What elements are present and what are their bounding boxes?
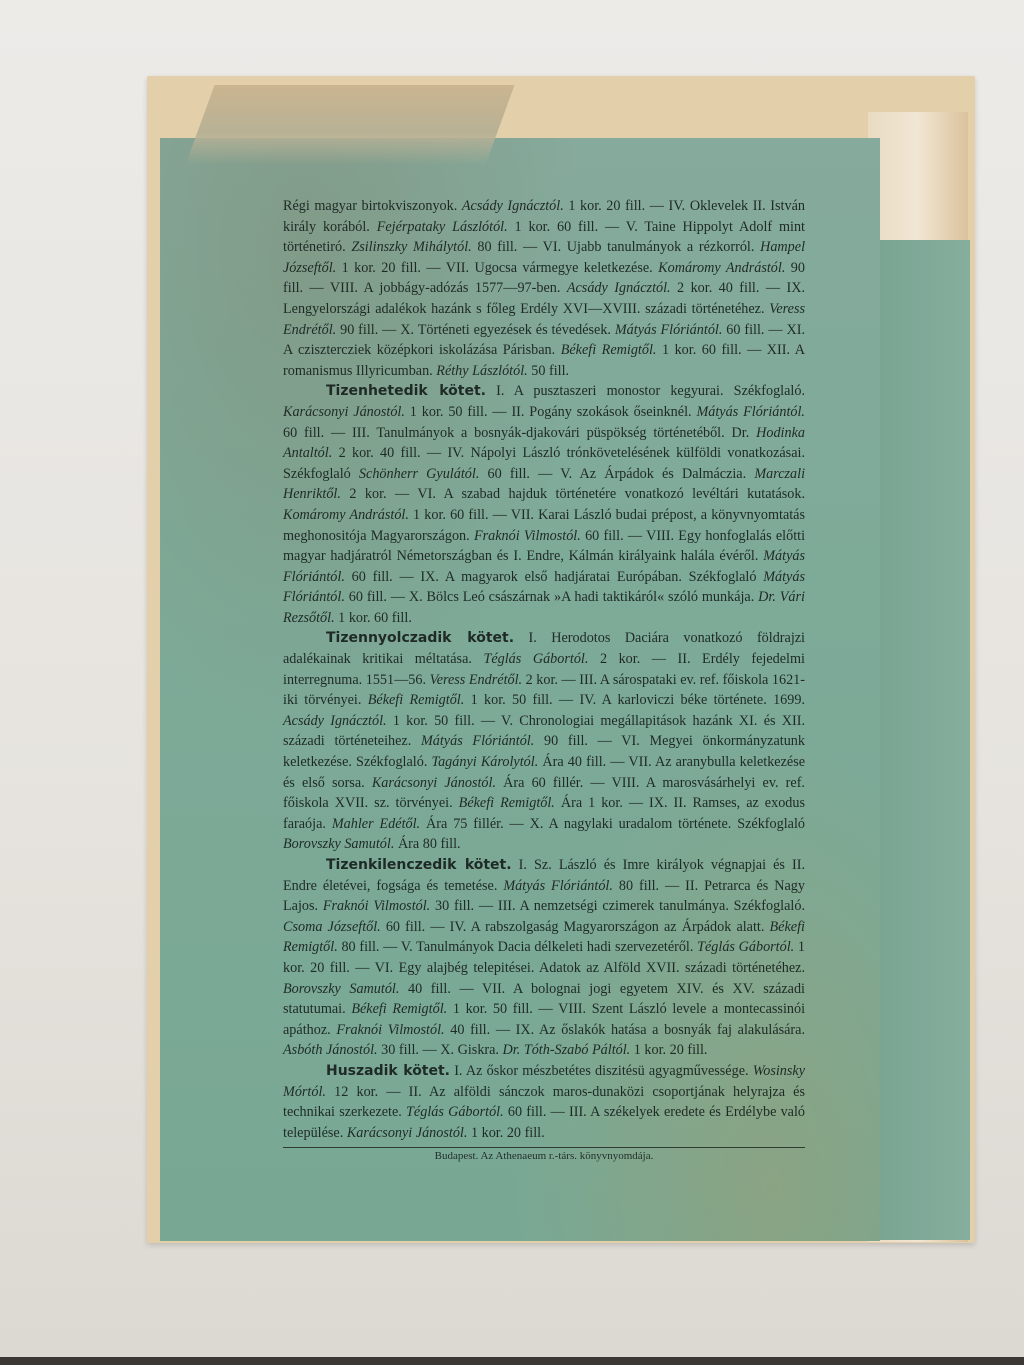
divider-rule: [283, 1147, 805, 1148]
entry-price: 30 fill. —: [430, 898, 498, 914]
entry-price: 60 fill. —: [479, 466, 560, 482]
entry-price: 2 kor. —: [341, 486, 417, 502]
entry-author: Téglás Gábortól.: [697, 939, 794, 955]
volume-20: Huszadik kötet. I. Az őskor mészbetétes …: [283, 1061, 805, 1143]
entry-price: 1 kor. 20 fill.: [630, 1042, 707, 1058]
entry-title: I. A pusztaszeri monostor kegyurai. Szék…: [486, 383, 805, 399]
volume-title: Tizennyolczadik kötet.: [326, 630, 514, 646]
entry-price: 80 fill. —: [338, 939, 401, 955]
entry-author: Komáromy Andrástól.: [283, 507, 409, 523]
entry-price: Ára 75 fillér. —: [420, 816, 530, 832]
printer-imprint: Budapest. Az Athenaeum r.-társ. könyvnyo…: [283, 1150, 805, 1162]
entry-price: 2 kor. 40 fill. —: [332, 445, 447, 461]
entry-price: 1 kor. 50 fill. —: [464, 692, 579, 708]
entry-price: 80 fill. —: [613, 878, 685, 894]
entry-title: II. Pogány szokások őseinknél.: [511, 404, 696, 420]
entry-author: Békefi Remigtől.: [459, 795, 555, 811]
entry-price: Ára 40 fill. —: [538, 754, 628, 770]
entry-price: 30 fill. —: [378, 1042, 441, 1058]
entry-author: Mahler Edétől.: [332, 816, 420, 832]
entry-author: Békefi Remigtől.: [351, 1001, 447, 1017]
entry-price: 2 kor. —: [588, 651, 677, 667]
entry-price: 60 fill. —: [345, 589, 409, 605]
entry-author: Fraknói Vilmostól.: [323, 898, 430, 914]
entry-title: X. A nagylaki uradalom története. Székfo…: [530, 816, 805, 832]
entry-title: X. Történeti egyezések és tévedések.: [400, 322, 615, 338]
entry-title: IV. A karloviczi béke története. 1699.: [579, 692, 805, 708]
volume-17: Tizenhetedik kötet. I. A pusztaszeri mon…: [283, 381, 805, 628]
entry-title: X. Bölcs Leó császárnak »A hadi taktikár…: [409, 589, 758, 605]
table-edge: [0, 1357, 1024, 1365]
torn-cover-area: [185, 85, 514, 165]
entry-price: 60 fill. —: [722, 322, 786, 338]
entry-title: VIII. A jobbágy-adózás 1577—97-ben.: [330, 280, 567, 296]
entry-author: Acsády Ignácztól.: [567, 280, 671, 296]
entry-price: 1 kor. 60 fill. —: [656, 342, 766, 358]
volume-title: Tizenhetedik kötet.: [326, 383, 486, 399]
entry-author: Dr. Tóth-Szabó Páltól.: [503, 1042, 631, 1058]
entry-price: 1 kor. 60 fill. —: [508, 219, 626, 235]
entry-title: III. A nemzetségi czimerek tanulmánya. S…: [498, 898, 805, 914]
entry-author: Fraknói Vilmostól.: [336, 1022, 444, 1038]
entry-price: 40 fill. —: [445, 1022, 516, 1038]
entry-author: Mátyás Flóriántól.: [421, 733, 534, 749]
entry-author: Zsilinszky Mihálytól.: [351, 239, 471, 255]
entry-price: Ára 80 fill.: [394, 836, 460, 852]
entry-author: Borovszky Samutól.: [283, 836, 394, 852]
entry-title: X. Giskra.: [440, 1042, 502, 1058]
entry-author: Csoma Józseftől.: [283, 919, 381, 935]
entry-title: VI. Ujabb tanulmányok a rézkorról.: [543, 239, 760, 255]
entry-author: Tagányi Károlytól.: [432, 754, 539, 770]
entry-price: 60 fill. —: [381, 919, 450, 935]
entry-author: Karácsonyi Jánostól.: [283, 404, 405, 420]
entry-title: VI. A szabad hajduk történetére vonatkoz…: [417, 486, 805, 502]
entry-author: Komáromy Andrástól.: [658, 260, 785, 276]
entry-price: 60 fill. —: [345, 569, 421, 585]
entry-price: 1 kor. 50 fill. —: [387, 713, 501, 729]
continuation-paragraph: Régi magyar birtokviszonyok. Acsády Igná…: [283, 196, 805, 381]
entry-author: Borovszky Samutól.: [283, 981, 399, 997]
entry-author: Fraknói Vilmostól.: [474, 528, 581, 544]
entry-price: 1 kor. 20 fill.: [467, 1125, 544, 1141]
entry-price: 90 fill. —: [336, 322, 400, 338]
entry-title: IX. Az őslakók hatása a bosnyák faj alak…: [516, 1022, 805, 1038]
entry-price: 2 kor. —: [522, 672, 579, 688]
entry-price: 1 kor. 20 fill. —: [564, 198, 669, 214]
entry-price: 1 kor. 60 fill. —: [409, 507, 511, 523]
entry-title: Régi magyar birtokviszonyok.: [283, 198, 462, 214]
entry-price: 40 fill. —: [399, 981, 482, 997]
entry-author: Karácsonyi Jánostól.: [372, 775, 496, 791]
entry-price: 2 kor. 40 fill. —: [671, 280, 787, 296]
entry-price: 1 kor. 50 fill. —: [447, 1001, 558, 1017]
entry-author: Karácsonyi Jánostól.: [347, 1125, 468, 1141]
entry-title: IX. A magyarok első hadjáratai Európában…: [420, 569, 763, 585]
volume-title: Tizenkilenczedik kötet.: [326, 857, 512, 873]
entry-price: 60 fill. —: [283, 425, 352, 441]
entry-price: Ára 1 kor. —: [555, 795, 649, 811]
entry-price: 80 fill. —: [472, 239, 543, 255]
entry-price: 60 fill. —: [581, 528, 646, 544]
entry-author: Schönherr Gyulától.: [359, 466, 479, 482]
volume-18: Tizennyolczadik kötet. I. Herodotos Daci…: [283, 628, 805, 855]
entry-price: Ára 60 fillér. —: [496, 775, 611, 791]
entry-price: 12 kor. —: [326, 1084, 409, 1100]
entry-title: I. Az őskor mészbetétes diszitésü agyagm…: [450, 1063, 753, 1079]
entry-author: Mátyás Flóriántól.: [615, 322, 723, 338]
entry-title: III. Tanulmányok a bosnyák-djakovári püs…: [352, 425, 756, 441]
entry-author: Békefi Remigtől.: [368, 692, 465, 708]
entry-author: Békefi Remigtől.: [561, 342, 657, 358]
entry-author: Acsády Ignácztól.: [283, 713, 387, 729]
entry-price: 50 fill.: [528, 363, 569, 379]
entry-title: V. Az Árpádok és Dalmáczia.: [560, 466, 754, 482]
entry-title: V. Tanulmányok Dacia délkeleti hadi szer…: [401, 939, 697, 955]
entry-author: Asbóth Jánostól.: [283, 1042, 378, 1058]
entry-price: 60 fill. —: [504, 1104, 569, 1120]
entry-author: Veress Endrétől.: [430, 672, 522, 688]
entry-author: Acsády Ignácztól.: [462, 198, 564, 214]
entry-title: IV. A rabszolgaság Magyarországon az Árp…: [450, 919, 770, 935]
volume-19: Tizenkilenczedik kötet. I. Sz. László és…: [283, 855, 805, 1061]
entry-price: 1 kor. 60 fill.: [335, 610, 412, 626]
entry-title: VI. Egy alajbég telepitései. Adatok az A…: [375, 960, 805, 976]
entry-author: Mátyás Flóriántól.: [696, 404, 805, 420]
entry-author: Réthy Lászlótól.: [436, 363, 527, 379]
publisher-list: Régi magyar birtokviszonyok. Acsády Igná…: [283, 196, 805, 1143]
cover-spine-strip: [880, 240, 970, 1240]
entry-author: Téglás Gábortól.: [406, 1104, 504, 1120]
entry-price: 1 kor. 20 fill. —: [336, 260, 446, 276]
entry-price: 1 kor. 50 fill. —: [405, 404, 512, 420]
entry-author: Téglás Gábortól.: [483, 651, 588, 667]
entry-author: Fejérpataky Lászlótól.: [377, 219, 508, 235]
entry-author: Mátyás Flóriántól.: [503, 878, 613, 894]
entry-title: VII. Ugocsa vármegye keletkezése.: [446, 260, 658, 276]
volume-title: Huszadik kötet.: [326, 1063, 450, 1079]
entry-price: 90 fill. —: [534, 733, 621, 749]
